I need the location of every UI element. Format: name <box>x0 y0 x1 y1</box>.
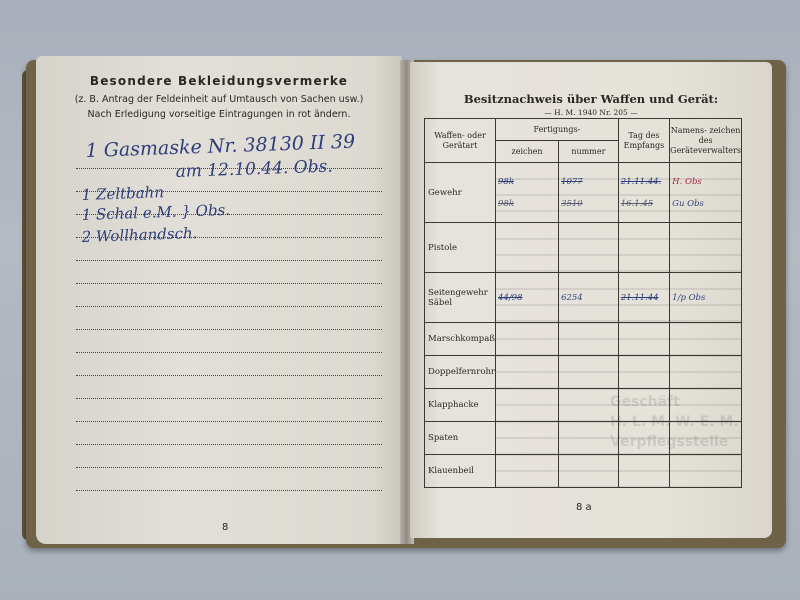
cell-date <box>618 223 669 273</box>
cell-nummer: 1077 3510 <box>559 163 619 223</box>
cell-initials <box>670 356 742 389</box>
left-page-title: Besondere Bekleidungsvermerke <box>36 74 402 88</box>
left-page-subtitle-1: (z. B. Antrag der Feldeinheit auf Umtaus… <box>36 94 402 105</box>
header-administrator-initials: Namens- zeichen des Geräteverwalters <box>670 119 742 163</box>
entry-text: 44/98 <box>496 290 558 306</box>
entry-text: 98k <box>496 196 558 212</box>
cell-nummer <box>559 323 619 356</box>
table-row-marschkompass: Marschkompaß <box>425 323 742 356</box>
cell-initials <box>670 455 742 488</box>
dotted-line <box>76 329 382 330</box>
dotted-line <box>76 398 382 399</box>
entry-text: 1077 <box>559 174 618 190</box>
weapons-equipment-table: Waffen- oder Gerätart Fertigungs- Tag de… <box>424 118 742 488</box>
table-row-klauenbeil: Klauenbeil <box>425 455 742 488</box>
cell-date: 21.11.44 <box>618 273 669 323</box>
table-row-doppelfernrohr: Doppelfernrohr <box>425 356 742 389</box>
dotted-line <box>76 421 382 422</box>
entry-text: 21.11.44 <box>619 290 669 306</box>
dotted-line <box>76 467 382 468</box>
row-label: Doppelfernrohr <box>425 356 496 389</box>
cell-nummer <box>559 356 619 389</box>
right-page-subtitle: — H. M. 1940 Nr. 205 — <box>410 108 772 117</box>
dotted-line <box>76 375 382 376</box>
dotted-line <box>76 352 382 353</box>
header-fertigungs: Fertigungs- <box>496 119 619 141</box>
cell-date <box>618 422 669 455</box>
table-row-pistole: Pistole <box>425 223 742 273</box>
handwritten-line-5: 2 Wollhandsch. <box>81 224 197 246</box>
header-item-type: Waffen- oder Gerätart <box>425 119 496 163</box>
cell-nummer <box>559 422 619 455</box>
entry-signature: H. Obs <box>670 174 741 190</box>
cell-zeichen <box>496 455 559 488</box>
entry-text: 16.1.45 <box>619 196 669 212</box>
header-nummer: nummer <box>559 141 619 163</box>
cell-date <box>618 455 669 488</box>
cell-nummer: 6254 <box>559 273 619 323</box>
dotted-line <box>76 260 382 261</box>
cell-initials <box>670 422 742 455</box>
header-date-received: Tag des Empfangs <box>618 119 669 163</box>
cell-zeichen <box>496 323 559 356</box>
dotted-line <box>76 306 382 307</box>
cell-nummer <box>559 455 619 488</box>
table-row-spaten: Spaten <box>425 422 742 455</box>
cell-initials <box>670 323 742 356</box>
cell-initials <box>670 223 742 273</box>
row-label: Spaten <box>425 422 496 455</box>
cell-zeichen: 98k 98k <box>496 163 559 223</box>
entry-text: 6254 <box>559 290 618 306</box>
left-page-subtitle-2: Nach Erledigung vorseitige Eintragungen … <box>36 109 402 120</box>
handwritten-line-2: am 12.10.44. Obs. <box>175 157 333 182</box>
dotted-line <box>76 444 382 445</box>
entry-signature: Gu Obs <box>670 196 741 212</box>
cell-zeichen: 44/98 <box>496 273 559 323</box>
cell-initials <box>670 389 742 422</box>
row-label: Klapphacke <box>425 389 496 422</box>
row-label: Klauenbeil <box>425 455 496 488</box>
right-page: Besitznachweis über Waffen und Gerät: — … <box>410 62 772 538</box>
right-page-title: Besitznachweis über Waffen und Gerät: <box>410 92 772 106</box>
dotted-line <box>76 490 382 491</box>
cell-date <box>618 323 669 356</box>
row-label: Marschkompaß <box>425 323 496 356</box>
cell-date <box>618 389 669 422</box>
entry-signature: 1/p Obs <box>670 290 741 306</box>
cell-initials: H. Obs Gu Obs <box>670 163 742 223</box>
table-row-seitengewehr: Seitengewehr Säbel 44/98 6254 21.11.44 1… <box>425 273 742 323</box>
handwritten-line-3: 1 Zeltbahn <box>81 183 164 204</box>
left-page-number: 8 <box>222 522 228 533</box>
cell-nummer <box>559 223 619 273</box>
cell-zeichen <box>496 422 559 455</box>
cell-zeichen <box>496 389 559 422</box>
entry-text: 3510 <box>559 196 618 212</box>
row-label: Pistole <box>425 223 496 273</box>
row-label: Gewehr <box>425 163 496 223</box>
cell-nummer <box>559 389 619 422</box>
cell-initials: 1/p Obs <box>670 273 742 323</box>
right-page-number: 8 a <box>576 502 592 513</box>
entry-text: 98k <box>496 174 558 190</box>
table-row-gewehr: Gewehr 98k 98k 1077 3510 21.11.44. 16.1.… <box>425 163 742 223</box>
row-label: Seitengewehr Säbel <box>425 273 496 323</box>
cell-zeichen <box>496 223 559 273</box>
cell-date: 21.11.44. 16.1.45 <box>618 163 669 223</box>
dotted-line <box>76 283 382 284</box>
entry-text: 21.11.44. <box>619 174 669 190</box>
table-row-klapphacke: Klapphacke <box>425 389 742 422</box>
cell-zeichen <box>496 356 559 389</box>
left-page: Besondere Bekleidungsvermerke (z. B. Ant… <box>36 56 402 544</box>
handwritten-line-4: 1 Schal e.M. } Obs. <box>81 201 230 224</box>
cell-date <box>618 356 669 389</box>
header-zeichen: zeichen <box>496 141 559 163</box>
